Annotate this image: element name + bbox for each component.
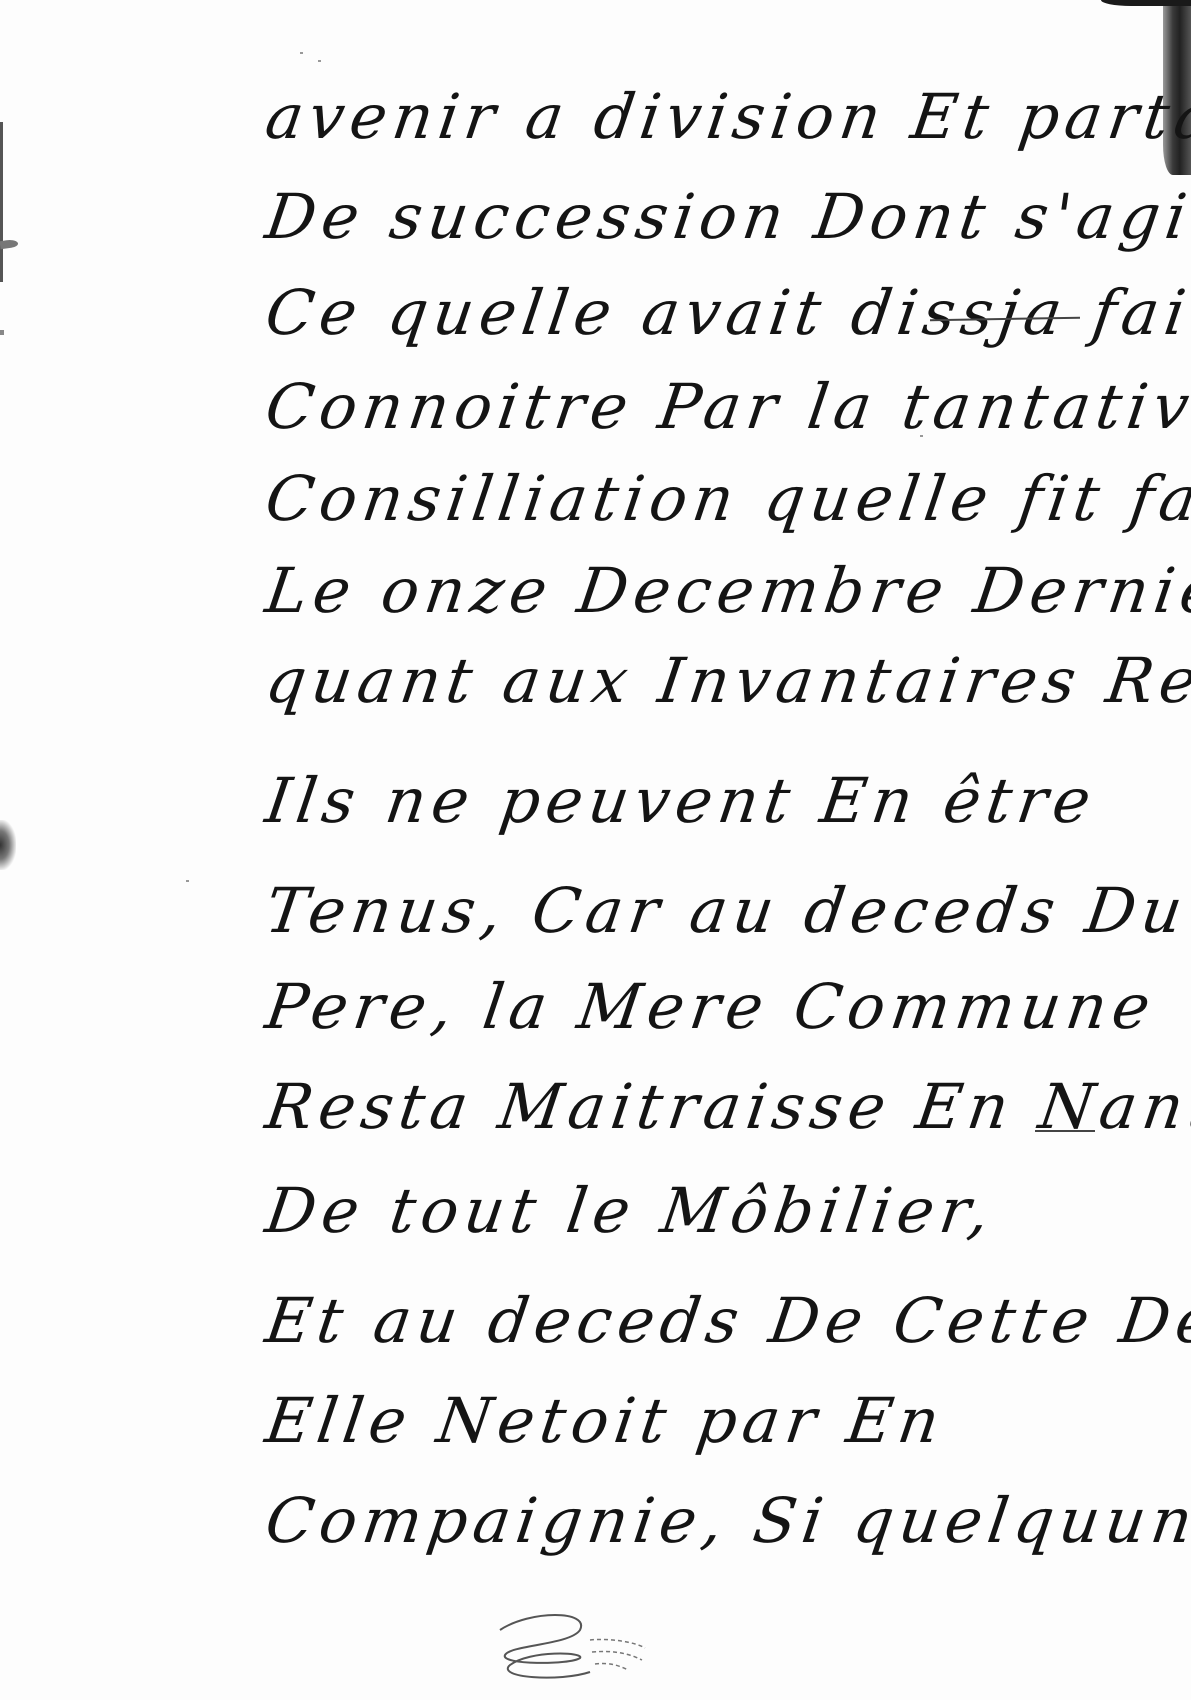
manuscript-line-13: Et au deceds De Cette Derniere	[262, 1290, 1191, 1352]
manuscript-line-12: De tout le Môbilier,	[262, 1180, 999, 1242]
manuscript-line-10: Pere, la Mere Commune	[262, 976, 1160, 1038]
manuscript-line-2: De succession Dont s'agit,	[262, 186, 1191, 248]
paraph-flourish-icon	[470, 1600, 670, 1690]
manuscript-line-11: Resta Maitraisse En Nantie	[262, 1076, 1191, 1138]
manuscript-line-6: Le onze Decembre Dernier, que	[262, 560, 1191, 622]
manuscript-line-9: Tenus, Car au deceds Du	[262, 880, 1191, 942]
manuscript-line-15: Compaignie, Si quelquun	[262, 1490, 1191, 1552]
line-fill-dash	[1035, 1130, 1095, 1132]
ink-blot	[0, 820, 16, 870]
binding-edge	[0, 122, 3, 282]
ink-speck	[186, 880, 189, 882]
manuscript-line-8: Ils ne peuvent En être	[262, 770, 1100, 832]
ink-speck	[0, 330, 4, 335]
manuscript-line-5: Consilliation quelle fit faire	[262, 468, 1191, 530]
manuscript-line-14: Elle Netoit par En	[262, 1390, 949, 1452]
manuscript-page: avenir a division Et partage De successi…	[0, 0, 1191, 1700]
manuscript-line-7: quant aux Invantaires Reclamés	[262, 650, 1191, 712]
ink-speck	[300, 52, 303, 54]
manuscript-line-1: avenir a division Et partage	[262, 86, 1191, 148]
manuscript-line-4: Connoitre Par la tantative De	[262, 376, 1191, 438]
ink-speck	[318, 60, 321, 62]
book-edge-top	[1101, 0, 1191, 6]
manuscript-line-3: Ce quelle avait dissja fait	[262, 282, 1191, 344]
page-tear	[0, 239, 18, 249]
